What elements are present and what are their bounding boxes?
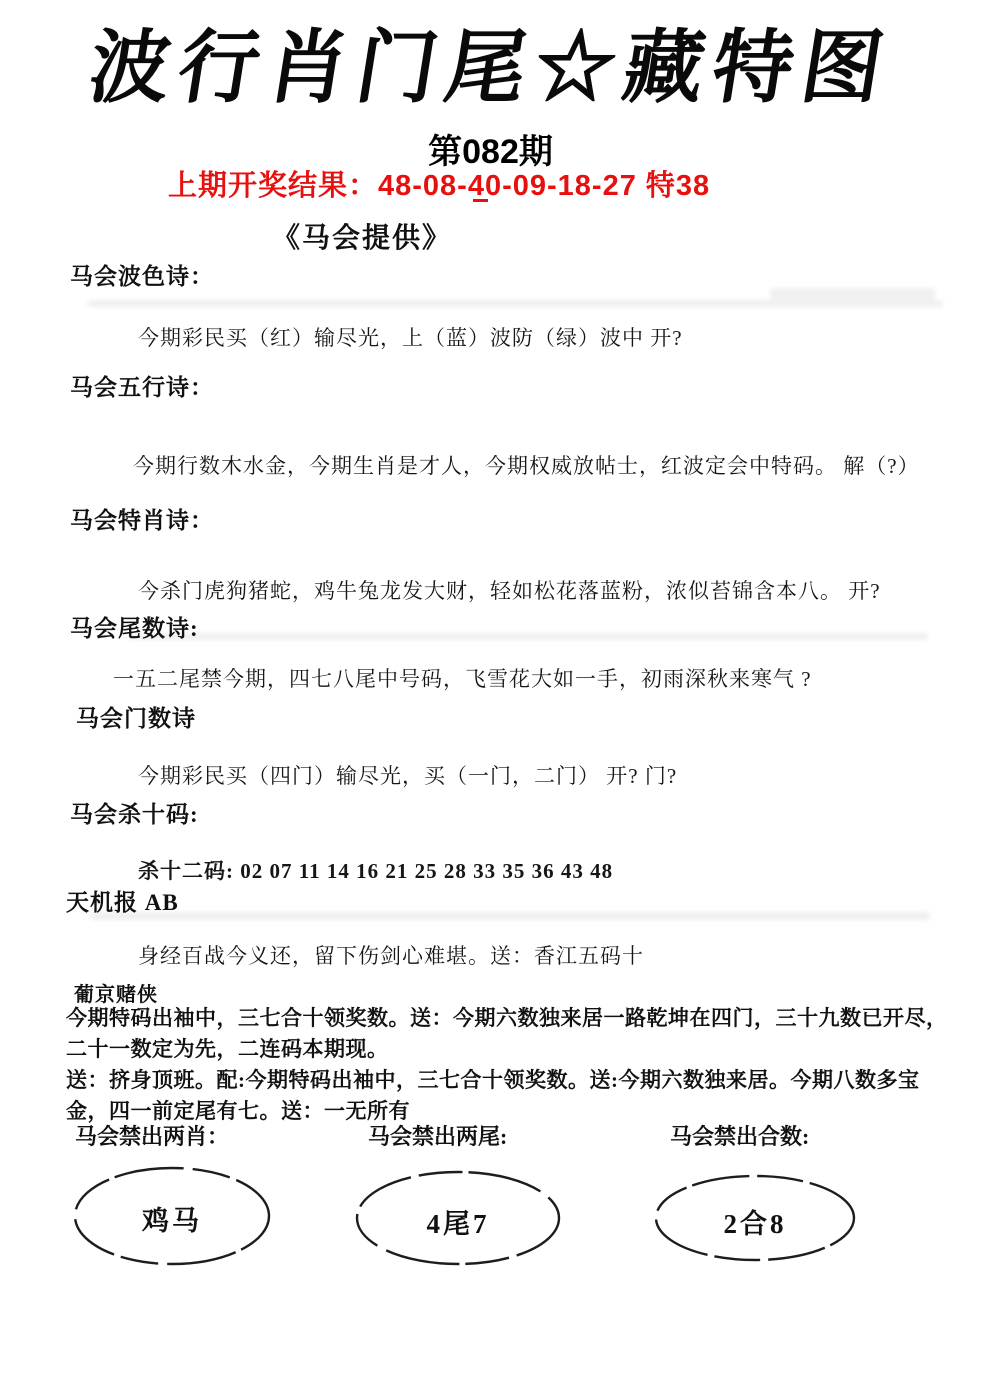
forbidden-sum-label: 马会禁出合数: bbox=[670, 1120, 809, 1151]
scan-artifact bbox=[770, 288, 935, 300]
section-label-tianji-report: 天机报 AB bbox=[66, 884, 179, 917]
poem-gate-number: 今期彩民买（四门）输尽光，买（一门，二门） 开? 门? bbox=[138, 760, 677, 790]
forbidden-tail-label: 马会禁出两尾: bbox=[368, 1120, 507, 1151]
poem-five-element: 今期行数木水金，今期生肖是才人，今期权威放帖士，红波定会中特码。 解（?） bbox=[133, 450, 920, 480]
scan-artifact bbox=[88, 300, 943, 307]
scan-artifact bbox=[90, 912, 930, 920]
red-underline-mark bbox=[473, 199, 488, 202]
section-label-wave-color-poem: 马会波色诗： bbox=[70, 258, 214, 291]
killed-codes-list: 杀十二码: 02 07 11 14 16 21 25 28 33 35 36 4… bbox=[138, 855, 613, 885]
page-title: 波行肖门尾☆藏特图 bbox=[0, 18, 981, 120]
pujing-paragraph-2: 送：挤身顶班。配:今期特码出袖中，三七合十领奖数。送:今期六数独来居。今期八数多… bbox=[66, 1065, 960, 1127]
scan-artifact bbox=[128, 633, 928, 640]
forbidden-zodiac-value: 鸡马 bbox=[74, 1199, 270, 1238]
last-draw-result: 上期开奖结果：48-08-40-09-18-27 特38 bbox=[168, 163, 710, 204]
provider-note: 《马会提供》 bbox=[272, 216, 452, 256]
forbidden-zodiac-label: 马会禁出两肖： bbox=[75, 1120, 229, 1151]
section-label-tail-number-poem: 马会尾数诗: bbox=[70, 610, 199, 643]
pujing-paragraph-1: 今期特码出袖中，三七合十领奖数。送：今期六数独来居一路乾坤在四门，三十九数已开尽… bbox=[66, 1003, 960, 1065]
section-label-gate-number-poem: 马会门数诗 bbox=[76, 700, 196, 733]
section-label-killed-codes: 马会杀十码: bbox=[70, 796, 199, 829]
section-label-special-zodiac-poem: 马会特肖诗： bbox=[70, 502, 214, 535]
lottery-tip-sheet-page: 波行肖门尾☆藏特图 第082期 上期开奖结果：48-08-40-09-18-27… bbox=[0, 0, 981, 1388]
forbidden-sum-value: 2合8 bbox=[657, 1202, 853, 1241]
poem-tail-number: 一五二尾禁今期，四七八尾中号码，飞雪花大如一手，初雨深秋来寒气 ? bbox=[113, 663, 812, 693]
poem-special-zodiac: 今杀门虎狗猪蛇，鸡牛兔龙发大财，轻如松花落蓝粉，浓似苔锦含本八。 开? bbox=[138, 575, 881, 605]
section-label-five-element-poem: 马会五行诗： bbox=[70, 369, 214, 402]
poem-tianji: 身经百战今义还，留下伤剑心难堪。送：香江五码十 bbox=[138, 940, 644, 970]
forbidden-tail-value: 4尾7 bbox=[360, 1202, 556, 1241]
pujing-paragraphs: 今期特码出袖中，三七合十领奖数。送：今期六数独来居一路乾坤在四门，三十九数已开尽… bbox=[66, 1003, 960, 1127]
poem-wave-color: 今期彩民买（红）输尽光，上（蓝）波防（绿）波中 开? bbox=[138, 322, 683, 352]
